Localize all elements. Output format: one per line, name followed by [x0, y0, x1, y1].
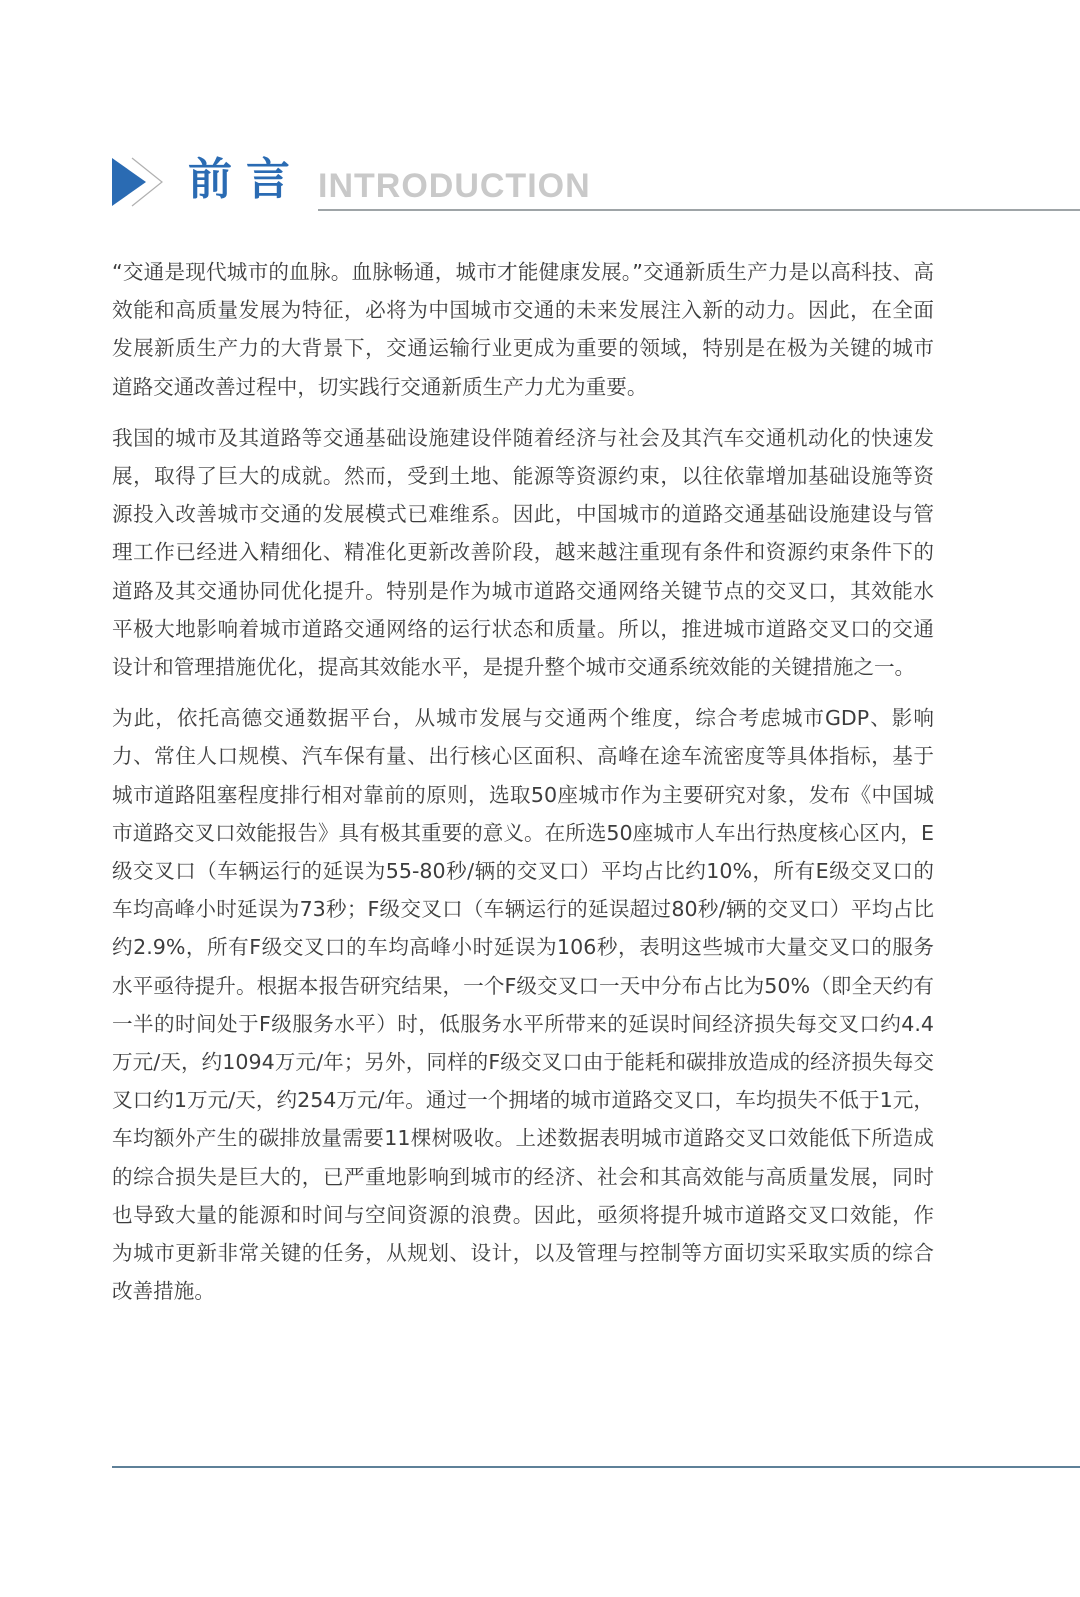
- chevron-right-icon: [112, 156, 164, 208]
- paragraph-1: “交通是现代城市的血脉。血脉畅通，城市才能健康发展。”交通新质生产力是以高科技、…: [112, 253, 934, 406]
- footer-divider: [112, 1466, 1080, 1468]
- paragraph-3: 为此，依托高德交通数据平台，从城市发展与交通两个维度，综合考虑城市GDP、影响力…: [112, 699, 934, 1310]
- section-title-english: INTRODUCTION: [318, 166, 591, 206]
- section-title-chinese: 前言: [188, 152, 304, 208]
- paragraph-2: 我国的城市及其道路等交通基础设施建设伴随着经济与社会及其汽车交通机动化的快速发展…: [112, 419, 934, 686]
- header-divider: [318, 209, 1080, 211]
- introduction-body: “交通是现代城市的血脉。血脉畅通，城市才能健康发展。”交通新质生产力是以高科技、…: [112, 253, 934, 1323]
